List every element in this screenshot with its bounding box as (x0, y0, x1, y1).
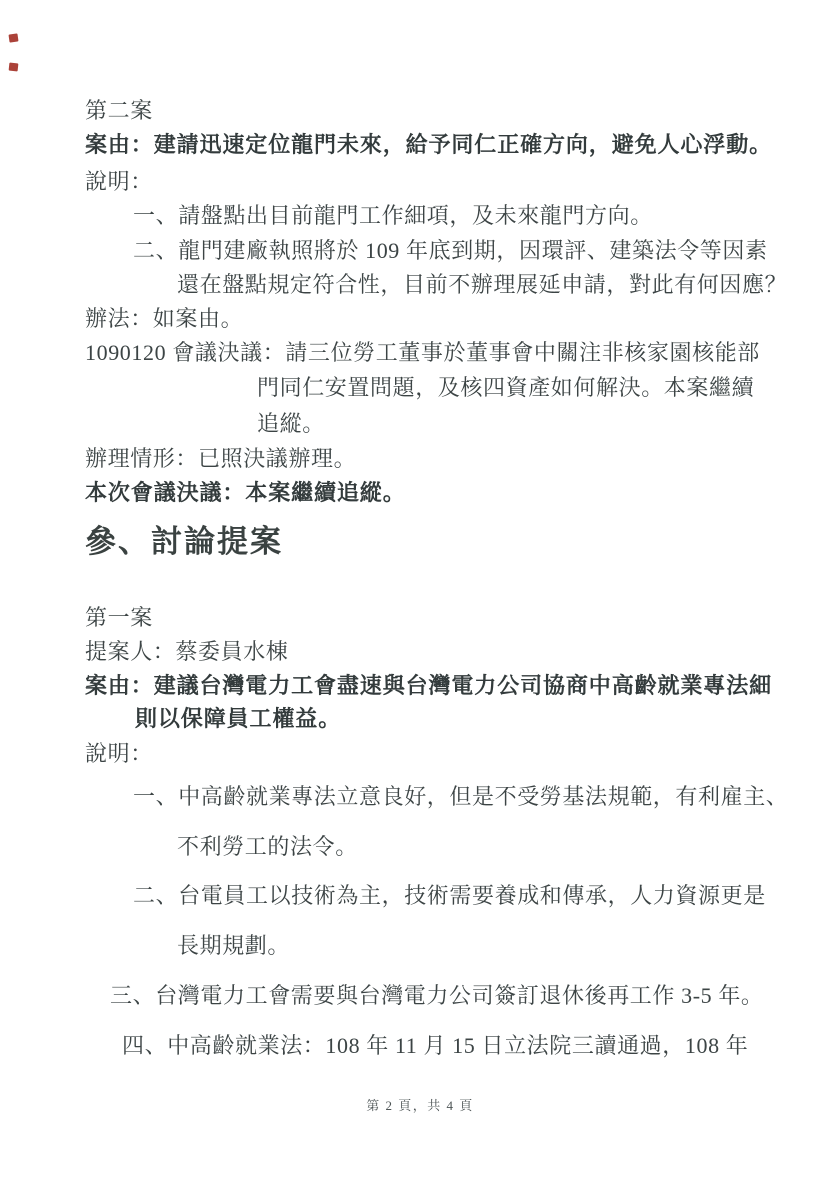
document-page: 第二案 案由：建請迅速定位龍門未來，給予同仁正確方向，避免人心浮動。 說明： 一… (0, 0, 840, 1188)
line-case1-item2-2: 長期規劃。 (177, 933, 290, 959)
line-case2-item2-1: 二、龍門建廠執照將於 109 年底到期，因環評、建築法令等因素 (133, 238, 768, 264)
line-case2-subject: 案由：建請迅速定位龍門未來，給予同仁正確方向，避免人心浮動。 (85, 132, 772, 158)
line-case2-item1: 一、請盤點出目前龍門工作細項，及未來龍門方向。 (133, 203, 653, 229)
line-case2-resolution-2: 門同仁安置問題，及核四資產如何解決。本案繼續 (257, 375, 754, 401)
page-number-footer: 第 2 頁，共 4 頁 (0, 1095, 840, 1114)
line-case1-item2-1: 二、台電員工以技術為主，技術需要養成和傳承，人力資源更是 (133, 883, 766, 909)
line-case1-explanation-label: 說明： (85, 741, 153, 767)
red-mark-icon (9, 63, 19, 72)
line-case2-method: 辦法：如案由。 (85, 306, 243, 332)
line-case2-handling: 辦理情形：已照決議辦理。 (85, 446, 356, 472)
line-case2-number: 第二案 (85, 98, 153, 124)
line-case2-current-resolution: 本次會議決議：本案繼續追縱。 (85, 480, 406, 506)
line-case2-item2-2: 還在盤點規定符合性，目前不辦理展延申請，對此有何因應？ (177, 272, 787, 298)
line-case1-item1-1: 一、中高齡就業專法立意良好，但是不受勞基法規範，有利雇主、 (133, 784, 788, 810)
line-case1-subject-2: 則以保障員工權益。 (135, 706, 341, 732)
line-case1-subject-1: 案由：建議台灣電力工會盡速與台灣電力公司協商中高齡就業專法細 (85, 673, 772, 699)
line-case1-item3: 三、台灣電力工會需要與台灣電力公司簽訂退休後再工作 3-5 年。 (110, 983, 764, 1009)
section3-heading: 參、討論提案 (85, 524, 283, 560)
line-case1-number: 第一案 (85, 605, 153, 631)
line-case2-explanation-label: 說明： (85, 169, 153, 195)
red-mark-icon (8, 33, 18, 42)
line-case2-resolution-1: 1090120 會議決議：請三位勞工董事於董事會中關注非核家園核能部 (85, 340, 760, 366)
line-case1-item1-2: 不利勞工的法令。 (177, 834, 358, 860)
line-case1-proposer: 提案人：蔡委員水棟 (85, 639, 288, 665)
line-case1-item4: 四、中高齡就業法：108 年 11 月 15 日立法院三讀通過，108 年 (122, 1033, 748, 1059)
line-case2-resolution-3: 追縱。 (257, 411, 325, 437)
